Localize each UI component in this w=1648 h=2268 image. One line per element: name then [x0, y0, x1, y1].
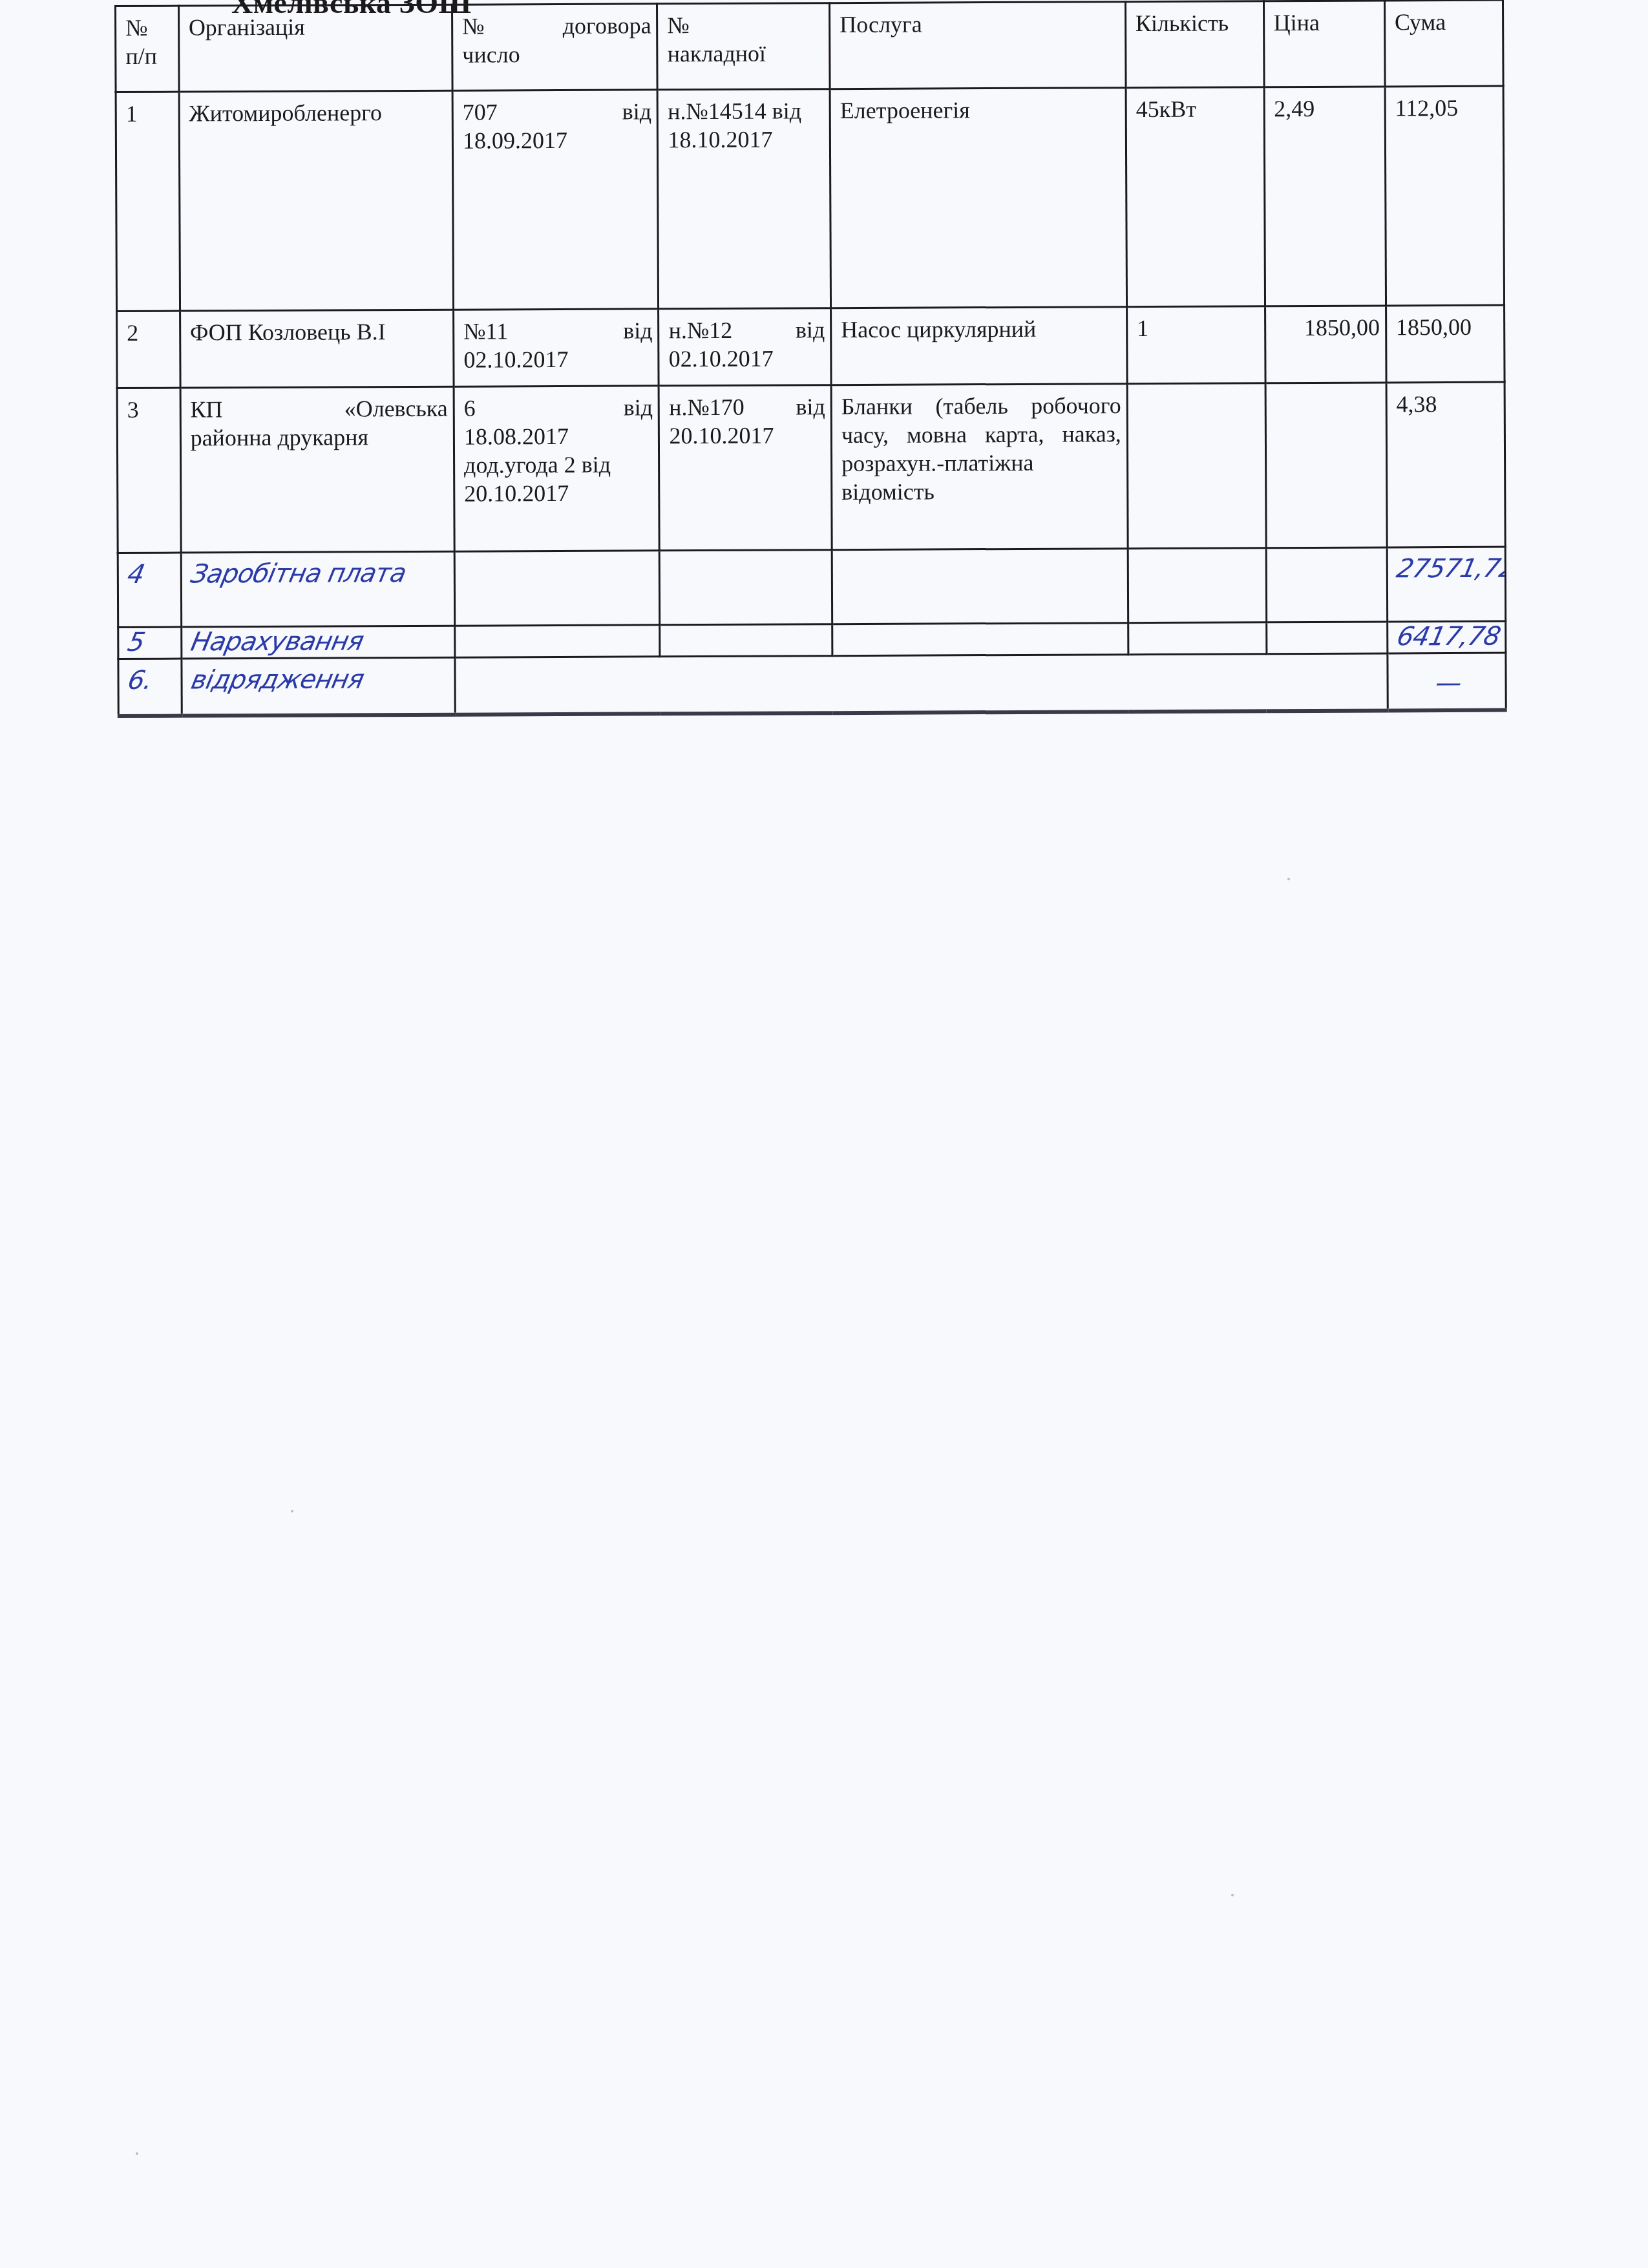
cell-invoice: н.№14514 від 18.10.2017: [658, 89, 831, 309]
cell-sum: —: [1388, 653, 1506, 710]
cell-organization: КП«Олевська районна друкарня: [180, 387, 454, 553]
cell-price: [1265, 383, 1387, 548]
cell-sum: 27571,72: [1387, 547, 1506, 622]
cell-contract: 6від 18.08.2017 дод.угода 2 від 20.10.20…: [454, 386, 660, 551]
cell-num: 5: [118, 627, 182, 659]
cell-sum: 112,05: [1385, 86, 1505, 306]
cell-num: 1: [116, 92, 180, 311]
scan-speck: [136, 2152, 138, 2155]
cell-num: 2: [117, 311, 180, 388]
header-quantity: Кількість: [1125, 1, 1263, 88]
header-organization: Організація: [178, 5, 452, 92]
cell-price: 1850,00: [1265, 306, 1386, 383]
cell-contract: №11від 02.10.2017: [454, 309, 659, 387]
header-invoice: № накладної: [657, 3, 830, 90]
table-row: 2 ФОП Козловець В.І №11від 02.10.2017 н.…: [117, 305, 1505, 388]
header-service: Послуга: [830, 2, 1126, 89]
cell-quantity: [1127, 383, 1266, 549]
cell-quantity: 1: [1126, 306, 1265, 384]
expense-table: № п/п Організація №договора число № накл…: [114, 0, 1507, 718]
cell-service: Елетроенегія: [830, 88, 1126, 308]
cell-price: 2,49: [1264, 87, 1386, 306]
cell-invoice: н.№12від 02.10.2017: [659, 308, 831, 386]
header-num: № п/п: [116, 6, 179, 92]
cell-organization: Житомиробленерго: [179, 90, 454, 311]
cell-service: Насос циркулярний: [831, 307, 1127, 385]
scan-speck: [291, 1510, 293, 1512]
cell-sum: 4,38: [1386, 382, 1505, 547]
handwritten-row: 4 Заробітна плата 27571,72: [118, 547, 1505, 627]
cell-contract: 707від 18.09.2017: [452, 90, 659, 310]
header-sum: Сума: [1384, 0, 1503, 87]
cell-num: 3: [117, 388, 181, 553]
handwritten-row: 6. відрядження —: [118, 653, 1506, 716]
table-header-row: № п/п Організація №договора число № накл…: [116, 0, 1504, 92]
scan-speck: [1287, 878, 1290, 880]
scan-speck: [1231, 1894, 1234, 1896]
cell-invoice: н.№170від 20.10.2017: [659, 385, 832, 551]
header-contract: №договора число: [452, 4, 657, 90]
table-row: 1 Житомиробленерго 707від 18.09.2017 н.№…: [116, 86, 1504, 311]
cell-num: 6.: [118, 659, 182, 716]
table-row: 3 КП«Олевська районна друкарня 6від 18.0…: [117, 382, 1505, 553]
cell-label: відрядження: [182, 657, 456, 715]
cell-label: Нарахування: [181, 626, 454, 659]
cell-num: 4: [118, 553, 181, 627]
cell-sum: 1850,00: [1386, 305, 1505, 383]
cell-quantity: 45кВт: [1126, 87, 1265, 307]
cell-organization: ФОП Козловець В.І: [180, 310, 454, 388]
cell-label: Заробітна плата: [181, 551, 455, 627]
header-price: Ціна: [1263, 1, 1385, 87]
cell-service: Бланки (табель робочого часу, мовна карт…: [831, 384, 1128, 550]
cell-sum: 6417,78: [1387, 621, 1505, 653]
